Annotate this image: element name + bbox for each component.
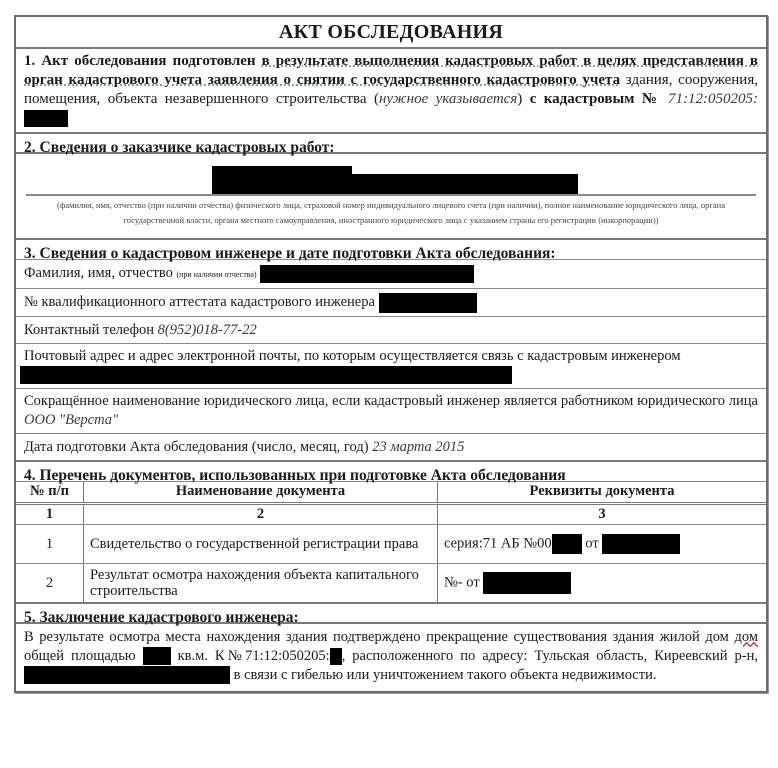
customer-info: (фамилия, имя, отчество (при наличии отч… bbox=[16, 154, 766, 240]
phone-value: 8(952)018-77-22 bbox=[158, 322, 257, 338]
act-date: Дата подготовки Акта обследования (число… bbox=[16, 434, 766, 462]
redacted-block bbox=[330, 648, 342, 665]
phone-label: Контактный телефон bbox=[24, 322, 158, 338]
conclusion-text: , расположенного по адресу: Тульская обл… bbox=[342, 648, 758, 664]
redacted-block bbox=[483, 572, 571, 594]
details-text: №- от bbox=[444, 574, 483, 590]
row-number: 1 bbox=[16, 524, 84, 563]
organization-value: ООО "Верста" bbox=[24, 412, 118, 428]
details-text: от bbox=[582, 535, 603, 551]
redacted-block bbox=[212, 174, 578, 194]
engineer-address: Почтовый адрес и адрес электронной почты… bbox=[16, 344, 766, 389]
column-number-row: 1 2 3 bbox=[16, 503, 766, 524]
underline-divider bbox=[26, 194, 756, 196]
conclusion-text: общей площадью bbox=[24, 648, 143, 664]
documents-table: № п/п Наименование документа Реквизиты д… bbox=[16, 482, 766, 604]
conclusion-text: кв.м. К№71:12:050205: bbox=[171, 648, 330, 664]
document-details: серия:71 АБ №00 от bbox=[438, 524, 767, 563]
certificate-label: № квалификационного аттестата кадастрово… bbox=[24, 294, 375, 310]
engineer-conclusion: В результате осмотра места нахождения зд… bbox=[16, 624, 766, 691]
column-number: 2 bbox=[84, 503, 438, 524]
details-text: серия:71 АБ №00 bbox=[444, 535, 552, 551]
section-4-heading: 4. Перечень документов, использованных п… bbox=[16, 462, 766, 482]
redacted-block bbox=[143, 647, 171, 665]
document-name: Результат осмотра нахождения объекта кап… bbox=[84, 563, 438, 603]
document-title: АКТ ОБСЛЕДОВАНИЯ bbox=[16, 17, 766, 49]
section-3-heading: 3. Сведения о кадастровом инженере и дат… bbox=[16, 240, 766, 260]
conclusion-text: В результате осмотра места нахождения зд… bbox=[24, 629, 734, 645]
redacted-block bbox=[602, 534, 680, 554]
redacted-block bbox=[24, 666, 230, 684]
section-1: 1. Акт обследования подготовлен в резуль… bbox=[16, 49, 766, 134]
redacted-block bbox=[24, 110, 68, 127]
engineer-organization: Сокращённое наименование юридического ли… bbox=[16, 389, 766, 434]
engineer-fio: Фамилия, имя, отчество (при наличии отче… bbox=[16, 260, 766, 289]
document-name: Свидетельство о государственной регистра… bbox=[84, 524, 438, 563]
act-document: АКТ ОБСЛЕДОВАНИЯ 1. Акт обследования под… bbox=[14, 15, 768, 693]
section-5-heading: 5. Заключение кадастрового инженера: bbox=[16, 604, 766, 624]
table-row: 1 Свидетельство о государственной регист… bbox=[16, 524, 766, 563]
redacted-block bbox=[552, 534, 582, 554]
section-2-heading: 2. Сведения о заказчике кадастровых рабо… bbox=[16, 134, 766, 154]
cadastral-number: 71:12:050205: bbox=[661, 91, 758, 107]
document-details: №- от bbox=[438, 563, 767, 603]
conclusion-text: в связи с гибелью или уничтожением таког… bbox=[230, 667, 656, 683]
section-1-paren: ) bbox=[517, 91, 529, 107]
date-label: Дата подготовки Акта обследования (число… bbox=[24, 439, 372, 455]
organization-label: Сокращённое наименование юридического ли… bbox=[24, 393, 758, 409]
address-label: Почтовый адрес и адрес электронной почты… bbox=[24, 348, 681, 364]
section-1-cadastral-label: с кадастровым № bbox=[530, 91, 661, 107]
customer-note: (фамилия, имя, отчество (при наличии отч… bbox=[36, 198, 746, 227]
column-number: 3 bbox=[438, 503, 767, 524]
redacted-block bbox=[260, 265, 474, 283]
section-1-prefix: 1. Акт обследования подготовлен bbox=[24, 53, 262, 69]
section-1-note: нужное указывается bbox=[379, 91, 517, 107]
row-number: 2 bbox=[16, 563, 84, 603]
column-number: 1 bbox=[16, 503, 84, 524]
fio-note: (при наличии отчества) bbox=[176, 270, 256, 279]
date-value: 23 марта 2015 bbox=[372, 439, 464, 455]
engineer-certificate: № квалификационного аттестата кадастрово… bbox=[16, 289, 766, 317]
conclusion-text: дом bbox=[734, 629, 758, 645]
redacted-block bbox=[379, 293, 477, 313]
table-row: 2 Результат осмотра нахождения объекта к… bbox=[16, 563, 766, 603]
engineer-phone: Контактный телефон 8(952)018-77-22 bbox=[16, 317, 766, 344]
redacted-block bbox=[20, 366, 512, 384]
fio-label: Фамилия, имя, отчество bbox=[24, 265, 176, 281]
